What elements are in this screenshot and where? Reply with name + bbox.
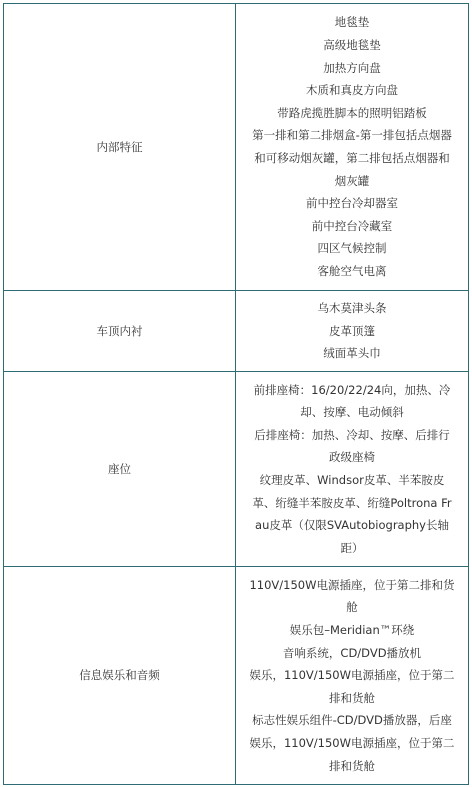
table-row-interior-features: 内部特征 地毯垫 高级地毯垫 加热方向盘 木质和真皮方向盘 带路虎揽胜脚本的照明… xyxy=(4,4,469,291)
value-line: 加热方向盘 xyxy=(241,57,463,80)
table-row-headliner: 车顶内衬 乌木莫津头条 皮革顶篷 绒面革头巾 xyxy=(4,291,469,372)
value-line: 第一排和第二排烟盒-第一排包括点烟器 xyxy=(241,124,463,147)
value-line: 娱乐，110V/150W电源插座，位于第二 xyxy=(241,732,463,755)
value-line: 音响系统，CD/DVD播放机 xyxy=(241,642,463,665)
table-row-seats: 座位 前排座椅：16/20/22/24向，加热、冷 却、按摩、电动倾斜 后排座椅… xyxy=(4,372,469,567)
row-label: 内部特征 xyxy=(4,4,236,291)
row-label: 座位 xyxy=(4,372,236,567)
value-line: 娱乐，110V/150W电源插座，位于第二 xyxy=(241,664,463,687)
value-line: 皮革顶篷 xyxy=(241,320,463,343)
value-line: 排和货舱 xyxy=(241,687,463,710)
value-line: 距） xyxy=(241,537,463,560)
value-line: 纹理皮革、Windsor皮革、半苯胺皮 xyxy=(241,469,463,492)
value-line: 和可移动烟灰罐，第二排包括点烟器和 xyxy=(241,147,463,170)
row-values: 地毯垫 高级地毯垫 加热方向盘 木质和真皮方向盘 带路虎揽胜脚本的照明铝踏板 第… xyxy=(236,4,469,291)
value-line: 客舱空气电离 xyxy=(241,260,463,283)
value-line: 前排座椅：16/20/22/24向，加热、冷 xyxy=(241,379,463,402)
value-line: 四区气候控制 xyxy=(241,237,463,260)
value-line: 舱 xyxy=(241,596,463,619)
row-values: 前排座椅：16/20/22/24向，加热、冷 却、按摩、电动倾斜 后排座椅：加热… xyxy=(236,372,469,567)
value-line: 却、按摩、电动倾斜 xyxy=(241,401,463,424)
value-line: 高级地毯垫 xyxy=(241,34,463,57)
value-line: au皮革（仅限SVAutobiography长轴 xyxy=(241,514,463,537)
value-line: 前中控台冷藏室 xyxy=(241,215,463,238)
value-line: 娱乐包–Meridian™环绕 xyxy=(241,619,463,642)
value-line: 110V/150W电源插座，位于第二排和货 xyxy=(241,574,463,597)
row-values: 乌木莫津头条 皮革顶篷 绒面革头巾 xyxy=(236,291,469,372)
row-label: 车顶内衬 xyxy=(4,291,236,372)
value-line: 乌木莫津头条 xyxy=(241,297,463,320)
value-line: 带路虎揽胜脚本的照明铝踏板 xyxy=(241,102,463,125)
value-line: 革、绗缝半苯胺皮革、绗缝Poltrona Fr xyxy=(241,492,463,515)
row-values: 110V/150W电源插座，位于第二排和货 舱 娱乐包–Meridian™环绕 … xyxy=(236,567,469,785)
value-line: 后排座椅：加热、冷却、按摩、后排行 xyxy=(241,424,463,447)
value-line: 前中控台冷却器室 xyxy=(241,192,463,215)
value-line: 排和货舱 xyxy=(241,755,463,778)
value-line: 地毯垫 xyxy=(241,11,463,34)
value-line: 木质和真皮方向盘 xyxy=(241,79,463,102)
spec-table: 内部特征 地毯垫 高级地毯垫 加热方向盘 木质和真皮方向盘 带路虎揽胜脚本的照明… xyxy=(3,3,469,785)
value-line: 烟灰罐 xyxy=(241,170,463,193)
row-label: 信息娱乐和音频 xyxy=(4,567,236,785)
value-line: 绒面革头巾 xyxy=(241,342,463,365)
table-row-infotainment-audio: 信息娱乐和音频 110V/150W电源插座，位于第二排和货 舱 娱乐包–Meri… xyxy=(4,567,469,785)
value-line: 政级座椅 xyxy=(241,446,463,469)
value-line: 标志性娱乐组件-CD/DVD播放器，后座 xyxy=(241,709,463,732)
